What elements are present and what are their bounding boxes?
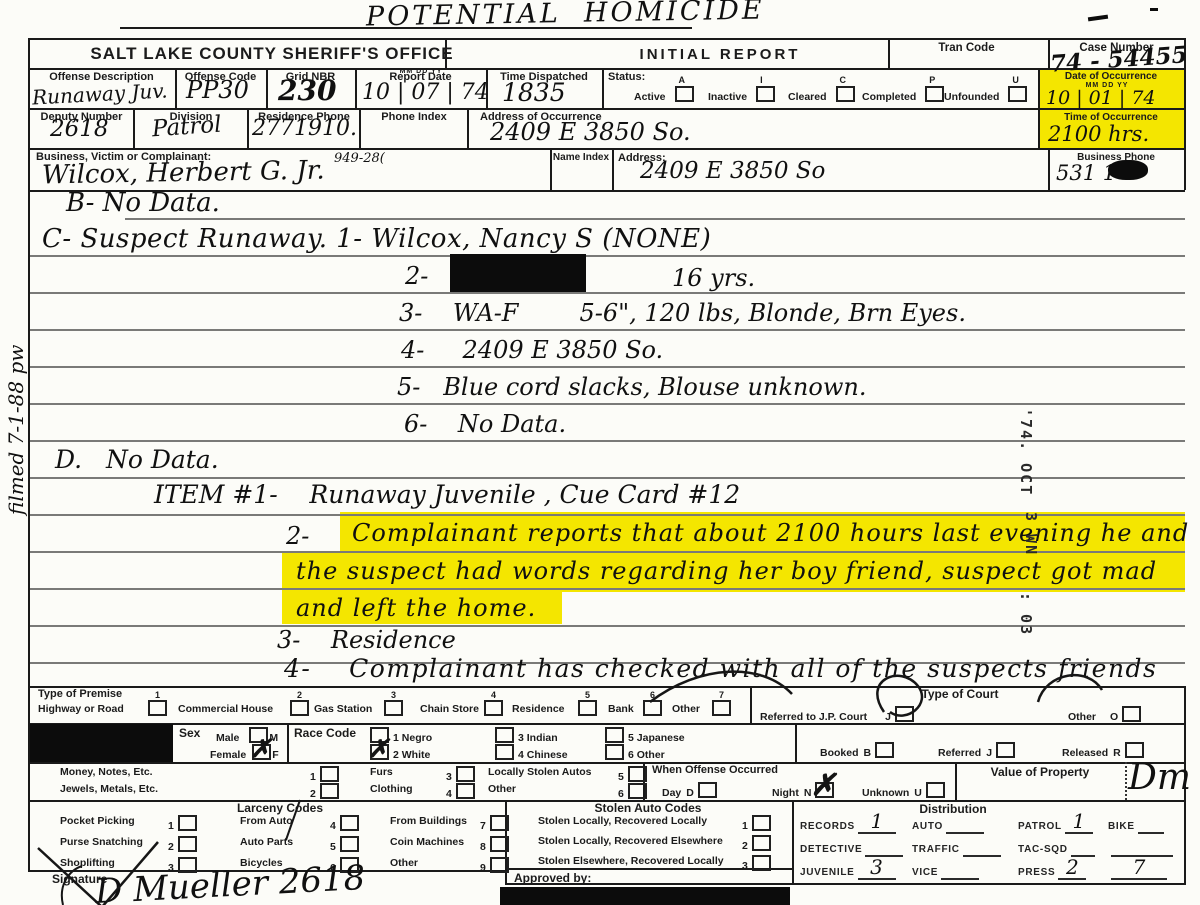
- race-item-white: ✗2 White: [370, 744, 430, 761]
- premise-item-label: Other: [672, 703, 700, 715]
- status-option-active: ActiveA: [634, 86, 694, 103]
- premise-item-checkbox: 2: [290, 691, 309, 716]
- tran-code-label: Tran Code: [888, 42, 1045, 54]
- narrative-hl-line3: and left the home.: [296, 596, 536, 620]
- value-of-property-initials: Dm: [1128, 760, 1191, 796]
- court-other-item: OtherO: [1068, 706, 1141, 723]
- checkbox-sex-female-checked: ✗: [252, 744, 271, 760]
- larceny-item-label: Purse Snatching: [60, 836, 143, 848]
- checkbox-day: [698, 782, 717, 798]
- business-phone-value: 531 1: [1056, 163, 1116, 184]
- distribution-name: BIKE: [1108, 821, 1135, 832]
- distribution-name: TRAFFIC: [912, 844, 960, 855]
- property-number: 1: [310, 771, 316, 783]
- property-item-label: Other: [488, 783, 516, 795]
- sex-female-label: Female: [210, 749, 246, 761]
- offense-code-value: PP30: [186, 78, 249, 102]
- distribution-cell: JUVENILE3: [800, 862, 896, 880]
- stolen-auto-number: 1: [742, 820, 748, 832]
- race-name: Negro: [402, 732, 432, 744]
- distribution-name: AUTO: [912, 821, 943, 832]
- stolen-auto-item-box: 2: [742, 835, 771, 852]
- narrative-hl-line1: Complainant reports that about 2100 hour…: [352, 521, 1189, 545]
- narrative-hl-line2: the suspect had words regarding her boy …: [296, 559, 1157, 583]
- checkbox-larceny-1: [178, 815, 197, 831]
- form-divider: [467, 108, 469, 148]
- distribution-value: 1: [871, 809, 884, 833]
- race-name: Other: [637, 749, 665, 761]
- premise-item-number: 6: [650, 691, 655, 700]
- redaction-box: [450, 254, 586, 292]
- narrative-item-line: ITEM #1- Runaway Juvenile , Cue Card #12: [154, 482, 740, 507]
- property-item-box: 6: [618, 783, 647, 800]
- race-item-japanese: 5 Japanese: [605, 727, 685, 744]
- address-of-occurrence-value: 2409 E 3850 So.: [490, 120, 691, 144]
- distribution-cell: VICE: [912, 862, 979, 880]
- property-item-box: 3: [446, 766, 475, 783]
- distribution-cell: AUTO: [912, 816, 984, 834]
- status-option-label: Completed: [862, 91, 916, 103]
- larceny-item-box: 2: [168, 836, 197, 853]
- property-item-label: Locally Stolen Autos: [488, 766, 591, 778]
- custody-released-label: Released: [1062, 747, 1108, 759]
- ruled-line: [125, 218, 1185, 220]
- custody-booked-letter: B: [864, 747, 872, 759]
- premise-item-number: 7: [719, 691, 724, 700]
- custody-booked-label: Booked: [820, 747, 859, 759]
- stolen-auto-item-label: Stolen Locally, Recovered Elsewhere: [538, 835, 723, 847]
- narrative-line-c: C- Suspect Runaway. 1- Wilcox, Nancy S (…: [42, 226, 711, 252]
- date-of-occurrence-value: 10 | 01 | 74: [1046, 89, 1156, 108]
- distribution-blank: 1: [1065, 820, 1093, 834]
- ruled-line: [30, 255, 1185, 257]
- form-border: [28, 68, 1185, 70]
- custody-released-letter: R: [1113, 747, 1121, 759]
- larceny-number: 7: [480, 820, 486, 832]
- distribution-name: TAC-SQD: [1018, 844, 1068, 855]
- distribution-blank: 7: [1111, 866, 1167, 880]
- checkbox-premise-4: [484, 700, 503, 716]
- checkbox-larceny-5: [340, 836, 359, 852]
- division-value: Patrol: [151, 114, 222, 142]
- race-name: Japanese: [637, 732, 685, 744]
- checkbox-property-3: [456, 766, 475, 782]
- race-number: 1: [393, 732, 399, 744]
- when-night-item: NightN✗: [772, 782, 834, 799]
- narrative-line-4b: 4- Complainant has checked with all of t…: [284, 656, 1157, 681]
- property-item-label: Jewels, Metals, Etc.: [60, 783, 158, 795]
- when-unknown-item: UnknownU: [862, 782, 945, 799]
- received-stamp-part1: '74. OCT: [1017, 408, 1035, 496]
- larceny-item-label: From Buildings: [390, 815, 467, 827]
- checkbox-released: [1125, 742, 1144, 758]
- when-offense-label: When Offense Occurred: [652, 764, 778, 776]
- sex-female-letter: F: [272, 749, 278, 761]
- checkbox-court-other: [1122, 706, 1141, 722]
- x-mark: ✗: [250, 736, 271, 761]
- checkbox-premise-5: [578, 700, 597, 716]
- status-option-inactive: InactiveI: [708, 86, 775, 103]
- received-stamp-part3: : 03: [1017, 592, 1035, 636]
- narrative-line-2-prefix: 2-: [405, 264, 428, 288]
- court-jp-item: Referred to J.P. CourtJ: [760, 706, 914, 723]
- premise-item-checkbox: 7: [712, 691, 731, 716]
- name-index-label: Name Index: [552, 152, 610, 163]
- status-option-label: Cleared: [788, 91, 827, 103]
- race-item-other: 6 Other: [605, 744, 665, 761]
- checkbox-race-4: [495, 744, 514, 760]
- ruled-line: [30, 588, 1185, 590]
- x-mark: ✗: [368, 736, 389, 761]
- phone-index-label: Phone Index: [361, 111, 467, 123]
- premise-item-number: 3: [391, 691, 396, 700]
- distribution-blank: [963, 843, 1001, 857]
- larceny-item-label: Auto Parts: [240, 836, 293, 848]
- stolen-auto-item-box: 3: [742, 855, 771, 872]
- when-day-item: DayD: [662, 782, 717, 799]
- property-number: 4: [446, 788, 452, 800]
- race-number: 2: [393, 749, 399, 761]
- custody-booked-item: BookedB: [820, 742, 894, 759]
- distribution-cell: DETECTIVE: [800, 839, 903, 857]
- distribution-value: 1: [1072, 809, 1085, 833]
- sex-female-item: Female✗F: [210, 744, 279, 761]
- larceny-number: 4: [330, 820, 336, 832]
- when-unknown-label: Unknown: [862, 787, 909, 799]
- ruled-line: [30, 551, 1185, 553]
- form-divider: [602, 68, 604, 108]
- distribution-name: VICE: [912, 867, 938, 878]
- checkbox-status-cleared: [836, 86, 855, 102]
- premise-item-checkbox: 1: [148, 691, 167, 716]
- larceny-item-box: 4: [330, 815, 359, 832]
- status-option-letter: U: [1012, 75, 1019, 85]
- form-divider: [287, 723, 289, 762]
- narrative-hl-prefix: 2-: [286, 524, 309, 548]
- when-day-letter: D: [686, 787, 694, 799]
- court-jp-label: Referred to J.P. Court: [760, 711, 867, 723]
- race-name: White: [402, 749, 431, 761]
- residence-phone-value: 2771910.: [252, 118, 357, 140]
- custody-referred-letter: J: [986, 747, 992, 759]
- checkbox-referred: [996, 742, 1015, 758]
- offense-description-value: Runaway Juv.: [32, 80, 168, 107]
- ruled-line: [30, 366, 1185, 368]
- premise-item-number: 5: [585, 691, 590, 700]
- checkbox-premise-6: [643, 700, 662, 716]
- checkbox-stolen-auto-2: [752, 835, 771, 851]
- form-divider: [792, 800, 794, 883]
- type-of-court-label: Type of Court: [860, 687, 1060, 701]
- narrative-line-b: B- No Data.: [66, 190, 220, 216]
- address-value: 2409 E 3850 So: [640, 160, 825, 183]
- checkbox-larceny-4: [340, 815, 359, 831]
- distribution-name: RECORDS: [800, 821, 855, 832]
- checkbox-property-1: [320, 766, 339, 782]
- form-divider: [750, 686, 752, 723]
- time-of-occurrence-value: 2100 hrs.: [1048, 124, 1149, 145]
- distribution-blank: 3: [858, 866, 896, 880]
- distribution-name: PRESS: [1018, 867, 1055, 878]
- form-border: [28, 108, 1185, 110]
- larceny-item-box: 5: [330, 836, 359, 853]
- stolen-auto-number: 3: [742, 860, 748, 872]
- checkbox-premise-1: [148, 700, 167, 716]
- checkbox-status-active: [675, 86, 694, 102]
- office-title: SALT LAKE COUNTY SHERIFF'S OFFICE: [60, 44, 484, 64]
- court-other-label: Other: [1068, 711, 1096, 723]
- property-item-box: 5: [618, 766, 647, 783]
- distribution-cell: RECORDS1: [800, 816, 896, 834]
- narrative-line-d: D. No Data.: [55, 447, 219, 472]
- narrative-line-4: 4- 2409 E 3850 So.: [401, 338, 663, 362]
- complainant-note: 949-28(: [334, 152, 385, 165]
- larceny-item-box: 1: [168, 815, 197, 832]
- checkbox-status-completed: [925, 86, 944, 102]
- court-jp-letter: J: [885, 711, 891, 723]
- larceny-item-label: Pocket Picking: [60, 815, 135, 827]
- checkbox-property-5: [628, 766, 647, 782]
- business-phone-smudge: [1108, 160, 1148, 180]
- time-dispatched-value: 1835: [502, 80, 566, 105]
- premise-item-label: Commercial House: [178, 703, 273, 715]
- complainant-value: Wilcox, Herbert G. Jr.: [42, 158, 325, 189]
- narrative-line-2-suffix: 16 yrs.: [672, 266, 755, 290]
- narrative-line-6: 6- No Data.: [404, 412, 566, 436]
- checkbox-larceny-2: [178, 836, 197, 852]
- narrative-line-3: 3- WA-F 5-6", 120 lbs, Blonde, Brn Eyes.: [399, 301, 966, 325]
- premise-item-label: Gas Station: [314, 703, 372, 715]
- race-number: 3: [518, 732, 524, 744]
- checkbox-property-4: [456, 783, 475, 799]
- race-item-chinese: 4 Chinese: [495, 744, 568, 761]
- checkbox-race-6: [605, 744, 624, 760]
- distribution-blank: [941, 866, 979, 880]
- ruled-line: [30, 403, 1185, 405]
- larceny-item-box: 9: [480, 857, 509, 874]
- property-item-label: Furs: [370, 766, 393, 778]
- larceny-codes-label: Larceny Codes: [180, 801, 380, 815]
- checkbox-stolen-auto-3: [752, 855, 771, 871]
- scanned-initial-report-document: POTENTIAL HOMICIDE filmed 7-1-88 pw SALT…: [0, 0, 1200, 905]
- distribution-blank: 1: [858, 820, 896, 834]
- property-item-label: Money, Notes, Etc.: [60, 766, 153, 778]
- form-divider: [795, 723, 797, 762]
- status-option-cleared: ClearedC: [788, 86, 855, 103]
- scan-mark: [1088, 15, 1108, 22]
- checkbox-larceny-9: [490, 857, 509, 873]
- checkbox-property-2: [320, 783, 339, 799]
- redaction-box: [500, 887, 790, 905]
- checkbox-premise-2: [290, 700, 309, 716]
- race-name: Indian: [527, 732, 558, 744]
- when-night-label: Night: [772, 787, 799, 799]
- title-underline: [120, 27, 692, 29]
- form-border: [28, 723, 1185, 725]
- stolen-auto-item-label: Stolen Elsewhere, Recovered Locally: [538, 855, 724, 867]
- grid-nbr-value: 230: [278, 77, 336, 105]
- premise-item-number: 1: [155, 691, 160, 700]
- premise-item-label: Residence: [512, 703, 565, 715]
- status-option-completed: CompletedP: [862, 86, 944, 103]
- premise-item-number: 2: [297, 691, 302, 700]
- property-number: 5: [618, 771, 624, 783]
- signature-handwriting: D Mueller 2618: [94, 861, 366, 905]
- type-of-premise-label: Type of Premise: [38, 688, 122, 700]
- race-number: 5: [628, 732, 634, 744]
- checkbox-property-6: [628, 783, 647, 799]
- checkbox-status-unfounded: [1008, 86, 1027, 102]
- distribution-cell: PRESS2: [1018, 862, 1086, 880]
- when-day-label: Day: [662, 787, 681, 799]
- form-border: [28, 148, 1185, 150]
- larceny-number: 9: [480, 862, 486, 874]
- property-number: 6: [618, 788, 624, 800]
- premise-item-checkbox: 4: [484, 691, 503, 716]
- distribution-cell: TAC-SQD: [1018, 839, 1095, 857]
- larceny-number: 1: [168, 820, 174, 832]
- checkbox-race-5: [605, 727, 624, 743]
- larceny-item-label: Other: [390, 857, 418, 869]
- distribution-cell: TRAFFIC: [912, 839, 1001, 857]
- when-unknown-letter: U: [914, 787, 922, 799]
- property-item-box: 1: [310, 766, 339, 783]
- larceny-number: 2: [168, 841, 174, 853]
- ruled-line: [30, 440, 1185, 442]
- race-number: 4: [518, 749, 524, 761]
- race-item-indian: 3 Indian: [495, 727, 558, 744]
- larceny-item-label: Shoplifting: [60, 857, 115, 869]
- narrative-line-5: 5- Blue cord slacks, Blouse unknown.: [397, 375, 866, 399]
- stolen-auto-codes-label: Stolen Auto Codes: [548, 801, 748, 815]
- larceny-item-label: From Auto: [240, 815, 293, 827]
- checkbox-larceny-8: [490, 836, 509, 852]
- distribution-name: JUVENILE: [800, 867, 855, 878]
- x-mark: ✗: [810, 771, 835, 801]
- distribution-blank: 2: [1058, 866, 1086, 880]
- property-item-box: 4: [446, 783, 475, 800]
- custody-referred-label: Referred: [938, 747, 981, 759]
- larceny-number: 8: [480, 841, 486, 853]
- larceny-item-box: 8: [480, 836, 509, 853]
- report-date-value: 10 | 07 | 74: [362, 82, 489, 104]
- checkbox-larceny-7: [490, 815, 509, 831]
- stolen-auto-item-box: 1: [742, 815, 771, 832]
- status-option-letter: I: [760, 75, 763, 85]
- status-option-letter: A: [679, 75, 686, 85]
- distribution-blank: [946, 820, 984, 834]
- stolen-auto-item-label: Stolen Locally, Recovered Locally: [538, 815, 707, 827]
- distribution-value: 2: [1066, 855, 1079, 879]
- ruled-line: [30, 292, 1185, 294]
- ruled-line: [30, 625, 1185, 627]
- checkbox-booked: [875, 742, 894, 758]
- status-option-label: Unfounded: [944, 91, 999, 103]
- filmed-note: filmed 7-1-88 pw: [6, 145, 26, 515]
- race-number: 6: [628, 749, 634, 761]
- sex-label: Sex: [179, 726, 200, 740]
- redaction-box: [30, 724, 173, 762]
- handwritten-title: POTENTIAL HOMICIDE: [366, 0, 765, 30]
- checkbox-status-inactive: [756, 86, 775, 102]
- ruled-line: [30, 329, 1185, 331]
- status-option-label: Active: [634, 91, 666, 103]
- distribution-label: Distribution: [853, 802, 1053, 816]
- status-option-letter: C: [840, 75, 847, 85]
- property-item-box: 2: [310, 783, 339, 800]
- premise-item-checkbox: 3: [384, 691, 403, 716]
- status-label: Status:: [608, 71, 645, 83]
- premise-item-label: Chain Store: [420, 703, 479, 715]
- distribution-value: 7: [1133, 855, 1146, 879]
- form-border: [505, 883, 1185, 885]
- premise-item-checkbox: 5: [578, 691, 597, 716]
- received-stamp-part2: 3 WN: [1022, 512, 1040, 556]
- distribution-blank: [1138, 820, 1164, 834]
- checkbox-race-3: [495, 727, 514, 743]
- checkbox-premise-7: [712, 700, 731, 716]
- narrative-line-3b: 3- Residence: [277, 628, 456, 652]
- form-border: [28, 762, 1185, 764]
- premise-item-checkbox: 6: [643, 691, 662, 716]
- date-of-occurrence-label: Date of Occurrence: [1040, 71, 1182, 82]
- custody-referred-item: ReferredJ: [938, 742, 1015, 759]
- approved-by-label: Approved by:: [514, 871, 591, 885]
- deputy-number-value: 2618: [50, 118, 109, 141]
- status-option-unfounded: UnfoundedU: [944, 86, 1027, 103]
- status-option-letter: P: [929, 75, 935, 85]
- distribution-cell: 7: [1108, 862, 1167, 880]
- distribution-cell: BIKE: [1108, 816, 1164, 834]
- property-number: 2: [310, 788, 316, 800]
- property-item-label: Clothing: [370, 783, 413, 795]
- race-code-label: Race Code: [294, 726, 356, 740]
- ruled-line: [30, 477, 1185, 479]
- status-option-label: Inactive: [708, 91, 747, 103]
- property-number: 3: [446, 771, 452, 783]
- checkbox-court-jp: [895, 706, 914, 722]
- larceny-item-label: Coin Machines: [390, 836, 464, 848]
- checkbox-unknown: [926, 782, 945, 798]
- distribution-value: 3: [870, 855, 883, 879]
- race-name: Chinese: [527, 749, 568, 761]
- value-of-property-label: Value of Property: [955, 765, 1125, 779]
- checkbox-race-2-checked: ✗: [370, 744, 389, 760]
- checkbox-night-checked: ✗: [815, 782, 834, 798]
- form-divider: [612, 148, 614, 190]
- checkbox-premise-3: [384, 700, 403, 716]
- larceny-item-box: 7: [480, 815, 509, 832]
- stolen-auto-number: 2: [742, 840, 748, 852]
- premise-item-number: 4: [491, 691, 496, 700]
- form-border: [28, 38, 1185, 40]
- distribution-name: DETECTIVE: [800, 844, 862, 855]
- court-other-letter: O: [1110, 711, 1118, 723]
- scan-mark: [1150, 8, 1158, 11]
- premise-item-label: Highway or Road: [38, 703, 124, 715]
- larceny-number: 5: [330, 841, 336, 853]
- premise-item-label: Bank: [608, 703, 634, 715]
- checkbox-stolen-auto-1: [752, 815, 771, 831]
- distribution-cell: PATROL1: [1018, 816, 1093, 834]
- ruled-line: [30, 514, 1185, 516]
- report-type-title: INITIAL REPORT: [520, 46, 920, 63]
- sex-male-label: Male: [216, 732, 239, 744]
- distribution-name: PATROL: [1018, 821, 1062, 832]
- report-date-units: MM DD YY: [360, 68, 482, 75]
